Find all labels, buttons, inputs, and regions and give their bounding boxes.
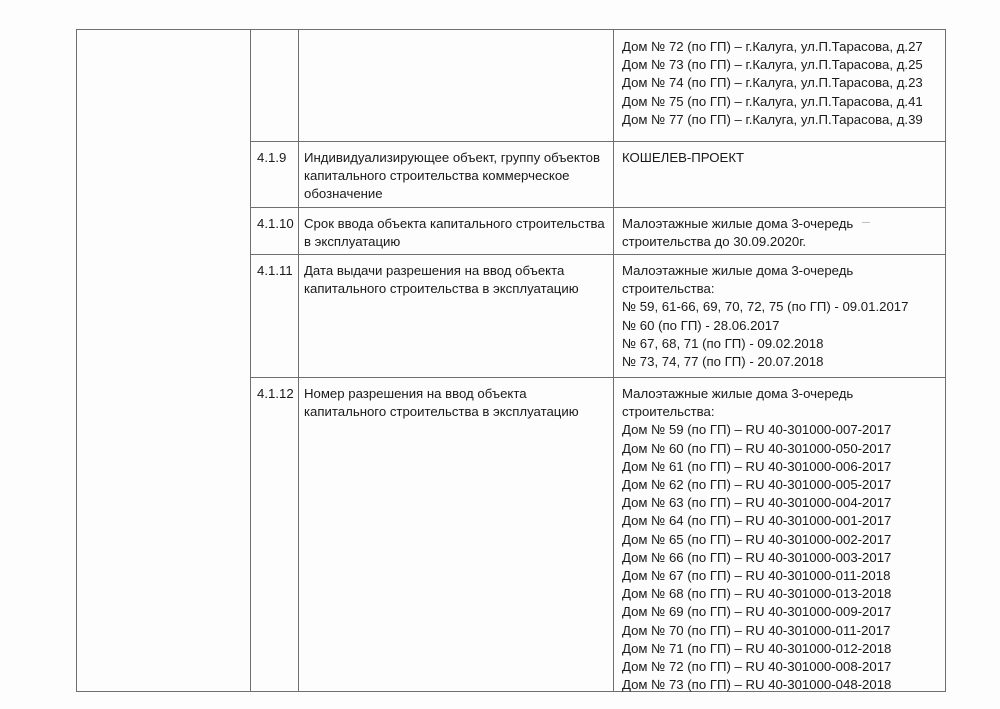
text-line: КОШЕЛЕВ-ПРОЕКТ: [622, 149, 945, 167]
text-line: Дата выдачи разрешения на ввод объекта: [304, 262, 607, 280]
text-line: № 59, 61-66, 69, 70, 72, 75 (по ГП) - 09…: [622, 298, 945, 316]
text-line: Дом № 77 (по ГП) – г.Калуга, ул.П.Тарасо…: [622, 111, 945, 129]
text-line: Дом № 69 (по ГП) – RU 40-301000-009-2017: [622, 603, 945, 621]
text-line: в эксплуатацию: [304, 233, 607, 251]
row-number: 4.1.12: [251, 378, 299, 691]
table-row-4-1-10: 4.1.10 Срок ввода объекта капитального с…: [251, 208, 945, 255]
text-line: Дом № 68 (по ГП) – RU 40-301000-013-2018: [622, 585, 945, 603]
text-line: № 73, 74, 77 (по ГП) - 20.07.2018: [622, 353, 945, 371]
row-label: Дата выдачи разрешения на ввод объектака…: [299, 255, 614, 377]
text-line: капитального строительства в эксплуатаци…: [304, 280, 607, 298]
text-line: Дом № 63 (по ГП) – RU 40-301000-004-2017: [622, 494, 945, 512]
text-line: Малоэтажные жилые дома 3-очередь: [622, 215, 945, 233]
text-line: Дом № 66 (по ГП) – RU 40-301000-003-2017: [622, 549, 945, 567]
table-row-4-1-9: 4.1.9 Индивидуализирующее объект, группу…: [251, 142, 945, 208]
blank-merged-column: [77, 30, 251, 691]
row-value: КОШЕЛЕВ-ПРОЕКТ: [614, 142, 945, 207]
text-line: № 60 (по ГП) - 28.06.2017: [622, 317, 945, 335]
text-line: Номер разрешения на ввод объекта: [304, 385, 607, 403]
text-line: Дом № 73 (по ГП) – г.Калуга, ул.П.Тарасо…: [622, 56, 945, 74]
text-line: капитального строительства в эксплуатаци…: [304, 403, 607, 421]
row-value: Малоэтажные жилые дома 3-очередьстроител…: [614, 255, 945, 377]
text-line: Малоэтажные жилые дома 3-очередь: [622, 385, 945, 403]
row-value: Малоэтажные жилые дома 3-очередьстроител…: [614, 378, 945, 691]
row-number-cell: [251, 30, 299, 141]
text-line: строительства до 30.09.2020г.: [622, 233, 945, 251]
text-line: Дом № 75 (по ГП) – г.Калуга, ул.П.Тарасо…: [622, 93, 945, 111]
row-number: 4.1.9: [251, 142, 299, 207]
text-line: Дом № 60 (по ГП) – RU 40-301000-050-2017: [622, 440, 945, 458]
text-line: Дом № 62 (по ГП) – RU 40-301000-005-2017: [622, 476, 945, 494]
text-line: Дом № 72 (по ГП) – RU 40-301000-008-2017: [622, 658, 945, 676]
text-line: Малоэтажные жилые дома 3-очередь: [622, 262, 945, 280]
row-value-cell: Дом № 72 (по ГП) – г.Калуга, ул.П.Тарасо…: [614, 30, 945, 141]
row-number: 4.1.10: [251, 208, 299, 254]
row-number: 4.1.11: [251, 255, 299, 377]
text-line: Дом № 74 (по ГП) – г.Калуга, ул.П.Тарасо…: [622, 74, 945, 92]
scan-artifact-mark: [862, 222, 870, 223]
text-line: Дом № 71 (по ГП) – RU 40-301000-012-2018: [622, 640, 945, 658]
text-line: Дом № 64 (по ГП) – RU 40-301000-001-2017: [622, 512, 945, 530]
text-line: Дом № 67 (по ГП) – RU 40-301000-011-2018: [622, 567, 945, 585]
row-label: Номер разрешения на ввод объектакапиталь…: [299, 378, 614, 691]
row-label: Срок ввода объекта капитального строител…: [299, 208, 614, 254]
text-line: № 67, 68, 71 (по ГП) - 09.02.2018: [622, 335, 945, 353]
row-label-cell: [299, 30, 614, 141]
text-line: Дом № 65 (по ГП) – RU 40-301000-002-2017: [622, 531, 945, 549]
text-line: Срок ввода объекта капитального строител…: [304, 215, 607, 233]
text-line: обозначение: [304, 185, 607, 203]
text-line: Дом № 59 (по ГП) – RU 40-301000-007-2017: [622, 421, 945, 439]
text-line: Дом № 73 (по ГП) – RU 40-301000-048-2018: [622, 676, 945, 694]
table-row-4-1-12: 4.1.12 Номер разрешения на ввод объектак…: [251, 378, 945, 691]
table-row-4-1-11: 4.1.11 Дата выдачи разрешения на ввод об…: [251, 255, 945, 378]
text-line: Дом № 72 (по ГП) – г.Калуга, ул.П.Тарасо…: [622, 38, 945, 56]
text-line: капитального строительства коммерческое: [304, 167, 607, 185]
scanned-document-page: Дом № 72 (по ГП) – г.Калуга, ул.П.Тарасо…: [0, 0, 1000, 709]
row-label: Индивидуализирующее объект, группу объек…: [299, 142, 614, 207]
table-row-continuation: Дом № 72 (по ГП) – г.Калуга, ул.П.Тарасо…: [251, 30, 945, 142]
declaration-table: Дом № 72 (по ГП) – г.Калуга, ул.П.Тарасо…: [76, 29, 946, 692]
text-line: строительства:: [622, 280, 945, 298]
text-line: Дом № 61 (по ГП) – RU 40-301000-006-2017: [622, 458, 945, 476]
text-line: Дом № 70 (по ГП) – RU 40-301000-011-2017: [622, 622, 945, 640]
row-value: Малоэтажные жилые дома 3-очередьстроител…: [614, 208, 945, 254]
text-line: Индивидуализирующее объект, группу объек…: [304, 149, 607, 167]
text-line: строительства:: [622, 403, 945, 421]
